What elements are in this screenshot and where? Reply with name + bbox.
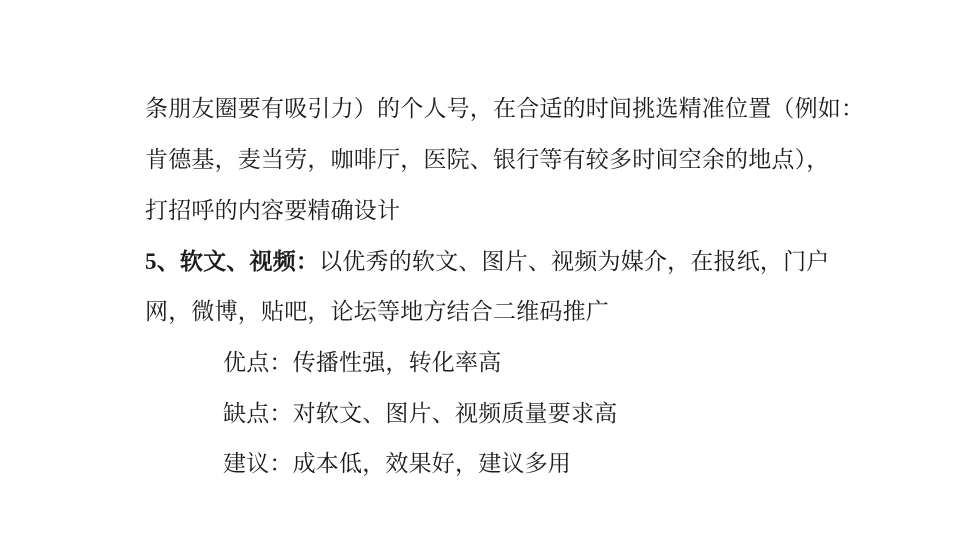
text-line-heading: 5、软文、视频：以优秀的软文、图片、视频为媒介，在报纸，门户 [145, 247, 830, 277]
line-text: 以优秀的软文、图片、视频为媒介，在报纸，门户 [319, 249, 829, 274]
text-line-indented: 优点：传播性强，转化率高 [223, 348, 501, 378]
text-line-indented: 建议：成本低，效果好，建议多用 [223, 449, 571, 479]
text-line: 条朋友圈要有吸引力）的个人号，在合适的时间挑选精准位置（例如： [145, 94, 864, 124]
text-line: 打招呼的内容要精确设计 [145, 196, 400, 226]
line-text: 网，微博，贴吧，论坛等地方结合二维码推广 [145, 299, 609, 324]
line-text: 打招呼的内容要精确设计 [145, 198, 400, 223]
text-line: 肯德基，麦当劳，咖啡厅，医院、银行等有较多时间空余的地点）， [145, 145, 830, 175]
line-text: 建议：成本低，效果好，建议多用 [223, 451, 571, 476]
line-text: 缺点：对软文、图片、视频质量要求高 [223, 401, 617, 426]
text-line: 网，微博，贴吧，论坛等地方结合二维码推广 [145, 297, 609, 327]
line-bold-text: 5、软文、视频： [145, 249, 319, 274]
document-page: 条朋友圈要有吸引力）的个人号，在合适的时间挑选精准位置（例如： 肯德基，麦当劳，… [0, 0, 960, 538]
text-line-indented: 缺点：对软文、图片、视频质量要求高 [223, 399, 617, 429]
line-text: 条朋友圈要有吸引力）的个人号，在合适的时间挑选精准位置（例如： [145, 96, 864, 121]
line-text: 优点：传播性强，转化率高 [223, 350, 501, 375]
line-text: 肯德基，麦当劳，咖啡厅，医院、银行等有较多时间空余的地点）， [145, 147, 830, 172]
